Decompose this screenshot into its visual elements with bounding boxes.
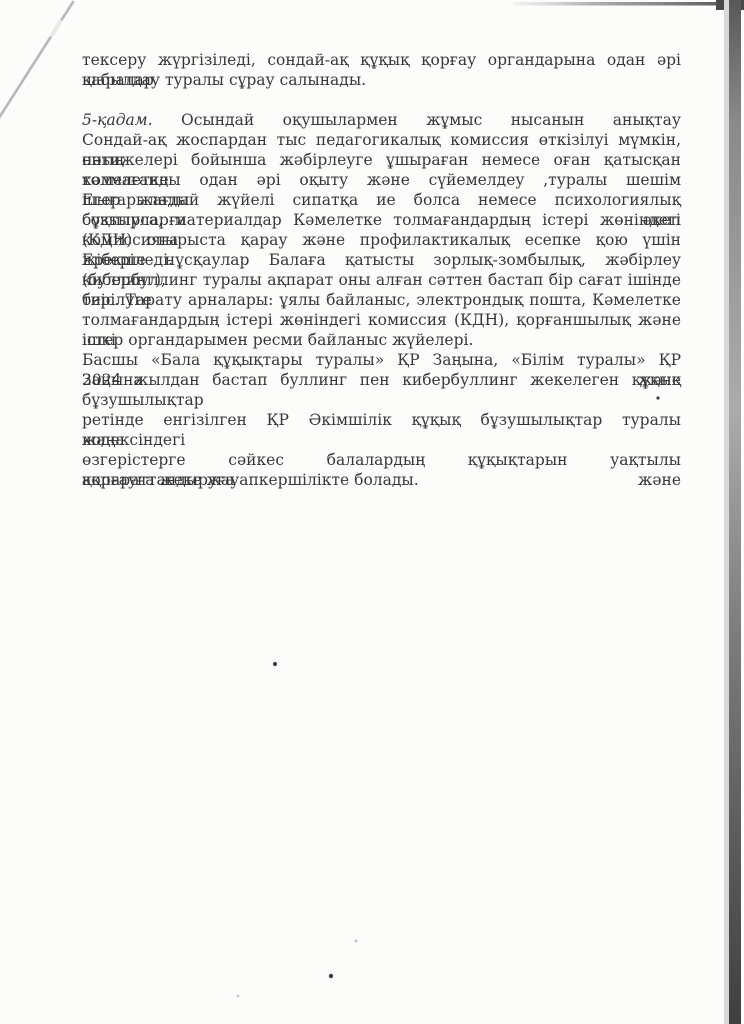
ink-speck (329, 974, 333, 978)
text-line: Басшы «Бала құқықтары туралы» ҚР Заңына,… (82, 350, 681, 370)
text-line: толмағанды одан әрі оқыту және сүйемелде… (82, 170, 681, 190)
text-line: Ерекше нұсқаулар Балаға қатысты зорлық-з… (82, 250, 681, 270)
text-line: тиіс. Тарату арналары: ұялы байланыс, эл… (82, 290, 681, 310)
text-line: Егер жағдай жүйелі сипатқа ие болса неме… (82, 190, 681, 210)
text-line: ретінде енгізілген ҚР Әкімшілік құқық бұ… (82, 410, 681, 430)
right-edge-light-strip (724, 0, 729, 1024)
text-line: нәтижелері бойынша жәбірлеуге ұшыраған н… (82, 150, 681, 170)
text-line: істер органдарымен ресми байланыс жүйеле… (82, 330, 681, 350)
document-text: тексеру жүргізіледі, сондай-ақ құқық қор… (82, 50, 681, 490)
text-line: (КДН) отырыста қарау және профилактикалы… (82, 230, 681, 250)
top-right-corner-shadow (716, 0, 744, 10)
text-line: 2024 жылдан бастап буллинг пен кибербулл… (82, 370, 681, 390)
top-edge-shadow (513, 2, 744, 6)
scanned-document-page: тексеру жүргізіледі, сондай-ақ құқық қор… (0, 0, 744, 1024)
fold-crease-highlight (52, 22, 60, 35)
text-line: Сондай-ақ жоспардан тыс педагогикалық ко… (82, 130, 681, 150)
blank-line (82, 90, 681, 110)
dust-speck (355, 940, 358, 943)
text-line: кибербуллинг туралы ақпарат оны алған сә… (82, 270, 681, 290)
fold-crease-line (0, 2, 73, 121)
text-line: соқтырса, материалдар Кәмелетке толмаған… (82, 210, 681, 230)
ink-speck (273, 662, 277, 666)
text-line: бұзушылықтар (82, 390, 681, 410)
text-line: толмағандардың істері жөніндегі комиссия… (82, 310, 681, 330)
step-label-italic: 5-қадам. (82, 111, 153, 129)
text-line: тексеру жүргізіледі, сондай-ақ құқық қор… (82, 50, 681, 70)
right-edge-shadow-band (729, 0, 741, 1024)
text-line: 5-қадам. Осындай оқушылармен жұмыс нысан… (82, 110, 681, 130)
dust-speck (237, 995, 240, 998)
text-line: қабылдау туралы сұрау салынады. (82, 70, 681, 90)
text-line: өзгерістерге сәйкес балалардың құқықтары… (82, 450, 681, 470)
